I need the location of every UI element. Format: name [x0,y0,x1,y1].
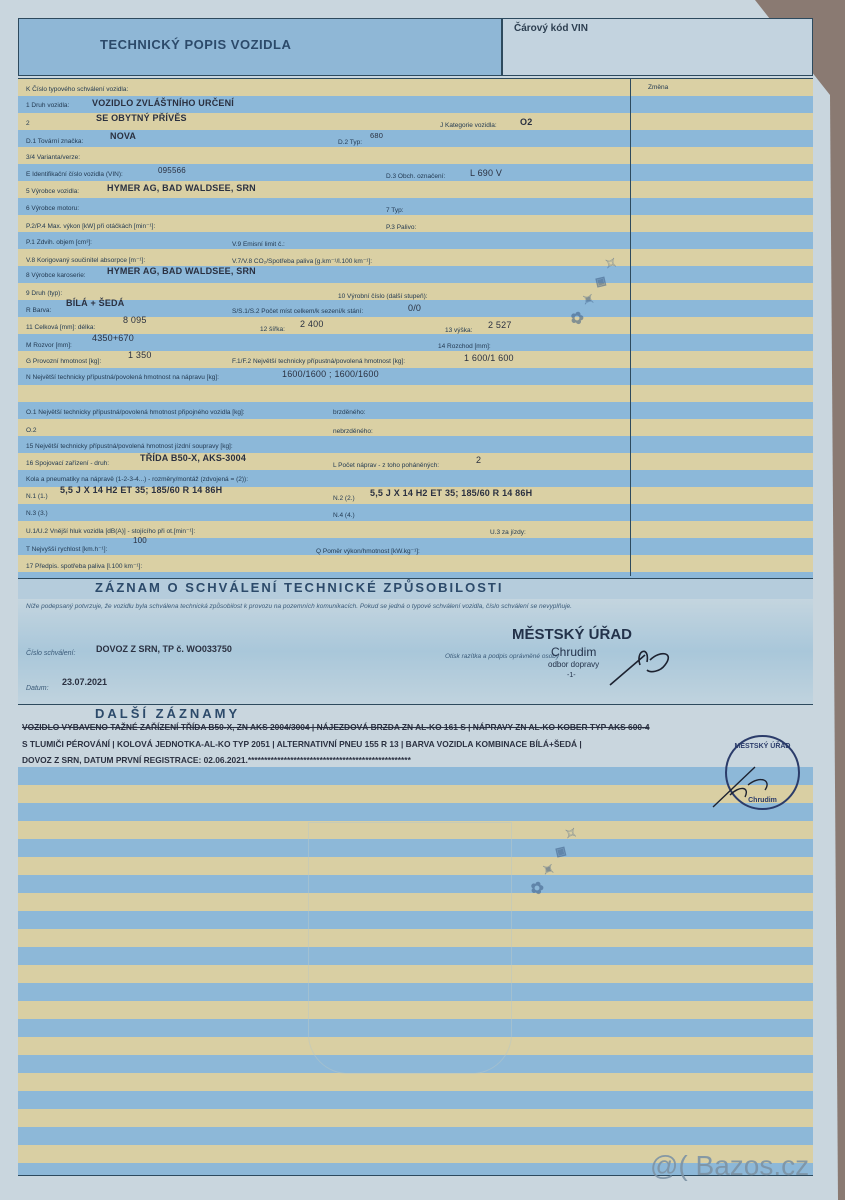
combination-mass-label: 15 Největší technicky přípustná/povolená… [26,443,233,450]
line2-label: 2 [26,120,30,127]
type-label: D.2 Typ: [338,139,362,146]
stamp-department: odbor dopravy [548,660,599,669]
max-mass-label: F.1/F.2 Největší technicky přípustná/pov… [232,358,405,365]
length-label: 11 Celková [mm]: délka: [26,324,95,331]
body-maker-label: 8 Výrobce karoserie: [26,272,86,279]
trade-name-value: L 690 V [470,168,502,178]
more-records-line-3: DOVOZ Z SRN, DATUM PRVNÍ REGISTRACE: 02.… [22,755,411,765]
engine-type-label: 7 Typ: [386,207,404,214]
round-stamp-top-text: MĚSTSKÝ ÚŘAD [727,743,798,750]
operating-mass-value: 1 350 [128,350,152,360]
signature-icon [605,640,680,690]
body-kind-label: 9 Druh (typ): [26,290,62,297]
max-mass-value: 1 600/1 600 [464,353,514,363]
body-serial-label: 10 Výrobní číslo (další stupeň): [338,293,428,300]
axles-label: L Počet náprav - z toho poháněných: [333,462,439,469]
wheelbase-value: 4350+670 [92,333,134,343]
trailer-mass-unbraked-label: O.2 [26,427,36,434]
manufacturer-value: HYMER AG, BAD WALDSEE, SRN [107,183,256,193]
trade-name-label: D.3 Obch. označení: [386,173,445,180]
power-ratio-label: Q Poměr výkon/hmotnost [kW.kg⁻¹]: [316,547,420,555]
axle2-label: N.2 (2.) [333,495,355,502]
max-speed-value: 100 [133,536,147,545]
stamp-number: -1- [567,672,576,679]
wheels-header-label: Kola a pneumatiky na nápravě (1-2-3-4...… [26,476,248,483]
line2-value: SE OBYTNÝ PŘÍVĚS [96,113,187,123]
emission-limit-label: V.9 Emisní limit č.: [232,241,285,248]
max-speed-label: T Nejvyšší rychlost [km.h⁻¹]: [26,545,107,553]
fuel-label: P.3 Palivo: [386,224,416,231]
coupling-label: 16 Spojovací zařízení - druh: [26,460,109,467]
color-value: BÍLÁ + ŠEDÁ [66,298,124,308]
state-emblem-watermark [308,822,512,1074]
change-column-label: Změna [648,84,668,91]
wheelbase-label: M Rozvor [mm]: [26,342,72,349]
length-value: 8 095 [123,315,147,325]
vin-label: E Identifikační číslo vozidla (VIN): [26,171,123,178]
more-records-title: DALŠÍ ZÁZNAMY [95,706,240,721]
height-value: 2 527 [488,320,512,330]
approval-date-value: 23.07.2021 [62,677,107,687]
axle1-label: N.1 (1.) [26,493,48,500]
track-label: 14 Rozchod [mm]: [438,343,491,350]
change-column-divider [630,78,631,576]
approval-date-label: Datum: [26,685,49,692]
axle4-label: N.4 (4.) [333,512,355,519]
trailer-mass-braked-label: O.1 Největší technicky přípustná/povolen… [26,409,245,416]
axle-mass-label: N Největší technicky přípustná/povolená … [26,374,219,381]
noise-label: U.1/U.2 Vnější hluk vozidla [dB(A)] - st… [26,527,195,535]
absorption-label: V.8 Korigovaný součinitel absorpce [m⁻¹]… [26,256,145,264]
document-title: TECHNICKÝ POPIS VOZIDLA [100,37,291,52]
axle3-label: N.3 (3.) [26,510,48,517]
consumption-label: 17 Předpis. spotřeba paliva [l.100 km⁻¹]… [26,562,142,570]
vin-barcode-label: Čárový kód VIN [514,23,588,34]
engine-maker-label: 6 Výrobce motoru: [26,205,79,212]
make-label: D.1 Tovární značka: [26,138,83,145]
variant-label: 3/4 Varianta/verze: [26,154,80,161]
seats-label: S/S.1/S.2 Počet míst celkem/k sezení/k s… [232,308,363,315]
co2-label: V.7/V.8 CO₂/Spotřeba paliva [g.km⁻¹/l.10… [232,257,372,265]
approval-note: Níže podepsaný potvrzuje, že vozidlu byl… [26,603,572,610]
approval-number-label: Číslo schválení: [26,650,75,657]
axle-mass-value: 1600/1600 ; 1600/1600 [282,369,379,379]
axles-value: 2 [476,455,481,465]
make-value: NOVA [110,131,136,141]
more-records-line-1: VOZIDLO VYBAVENO TAŽNÉ ZAŘÍZENÍ TŘÍDA B5… [22,722,649,732]
vehicle-kind-label: 1 Druh vozidla: [26,102,69,109]
bazos-watermark: @( Bazos.cz [650,1150,809,1182]
stamp-hint-label: Otisk razítka a podpis oprávněné osoby [445,653,559,660]
operating-mass-label: G Provozní hmotnost [kg]: [26,358,101,365]
width-value: 2 400 [300,319,324,329]
trailer-mass-braked-value: brzděného: [333,409,366,416]
body-maker-value: HYMER AG, BAD WALDSEE, SRN [107,266,256,276]
more-records-line-2: S TLUMIČI PÉROVÁNÍ | KOLOVÁ JEDNOTKA-AL-… [22,739,582,749]
width-label: 12 šířka: [260,326,285,333]
noise-driving-label: U.3 za jízdy: [490,529,526,536]
stamp-signature-icon [710,755,780,810]
stamp-city: Chrudim [551,645,596,659]
category-label: J Kategorie vozidla: [440,122,497,129]
approval-title: ZÁZNAM O SCHVÁLENÍ TECHNICKÉ ZPŮSOBILOST… [95,580,503,595]
approval-number-value: DOVOZ Z SRN, TP č. WO033750 [96,644,232,654]
technical-fields-table [18,78,813,579]
type-approval-label: K Číslo typového schválení vozidla: [26,86,128,93]
axle2-value: 5,5 J X 14 H2 ET 35; 185/60 R 14 86H [370,488,532,498]
color-label: R Barva: [26,307,51,314]
type-value: 680 [370,131,383,140]
vin-value: 095566 [158,166,186,175]
max-power-label: P.2/P.4 Max. výkon [kW] při otáčkách [mi… [26,222,155,230]
manufacturer-label: 5 Výrobce vozidla: [26,188,79,195]
coupling-value: TŘÍDA B50-X, AKS-3004 [140,453,246,463]
category-value: O2 [520,117,532,127]
vehicle-kind-value: VOZIDLO ZVLÁŠTNÍHO URČENÍ [92,98,234,108]
seats-value: 0/0 [408,303,421,313]
trailer-mass-unbraked-value: nebrzděného: [333,428,373,435]
displacement-label: P.1 Zdvih. objem [cm³]: [26,239,92,246]
axle1-value: 5,5 J X 14 H2 ET 35; 185/60 R 14 86H [60,485,222,495]
height-label: 13 výška: [445,327,472,334]
